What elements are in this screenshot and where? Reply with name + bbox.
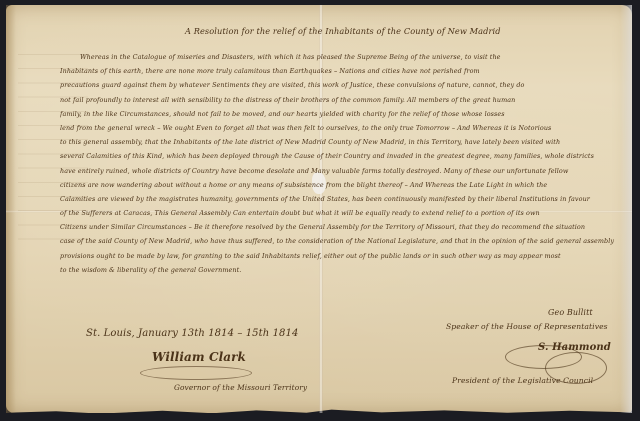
body-line: not fail profoundly to interest all with… [60,93,620,107]
body-line: to this general assembly, that the Inhab… [60,135,620,149]
body-line: Inhabitants of this earth, there are non… [60,64,620,78]
signatory-title-speaker: Speaker of the House of Representatives [446,322,608,331]
body-line: provisions ought to be made by law, for … [60,249,620,263]
body-line: family, in the like Circumstances, shoul… [60,107,620,121]
body-line: several Calamities of this Kind, which h… [60,149,620,163]
signature-flourish [140,366,252,380]
signatory-title-president: President of the Legislative Council [452,376,593,385]
paper-edge-highlight [620,5,632,413]
signatory-title-governor: Governor of the Missouri Territory [174,383,307,392]
body-line: lend from the general wreck – We ought E… [60,121,620,135]
body-line: Calamities are viewed by the magistrates… [60,192,620,206]
document-body: Whereas in the Catalogue of miseries and… [60,50,620,277]
body-line: case of the said County of New Madrid, w… [60,234,620,248]
dateline: St. Louis, January 13th 1814 – 15th 1814 [86,328,298,339]
body-line: precautions guard against them by whatev… [60,78,620,92]
body-line: Citizens under Similar Circumstances – B… [60,220,620,234]
signature-president: S. Hammond [538,342,611,353]
body-line: of the Sufferers at Caracas, This Genera… [60,206,620,220]
body-line: have entirely ruined, whole districts of… [60,164,620,178]
signature-william-clark: William Clark [152,350,246,364]
body-line: Whereas in the Catalogue of miseries and… [60,50,620,64]
body-line: citizens are now wandering about without… [60,178,620,192]
document-title: A Resolution for the relief of the Inhab… [185,26,485,36]
body-line: to the wisdom & liberality of the genera… [60,263,620,277]
signature-speaker: Geo Bullitt [548,308,593,317]
paper-edge-shadow [6,5,16,413]
